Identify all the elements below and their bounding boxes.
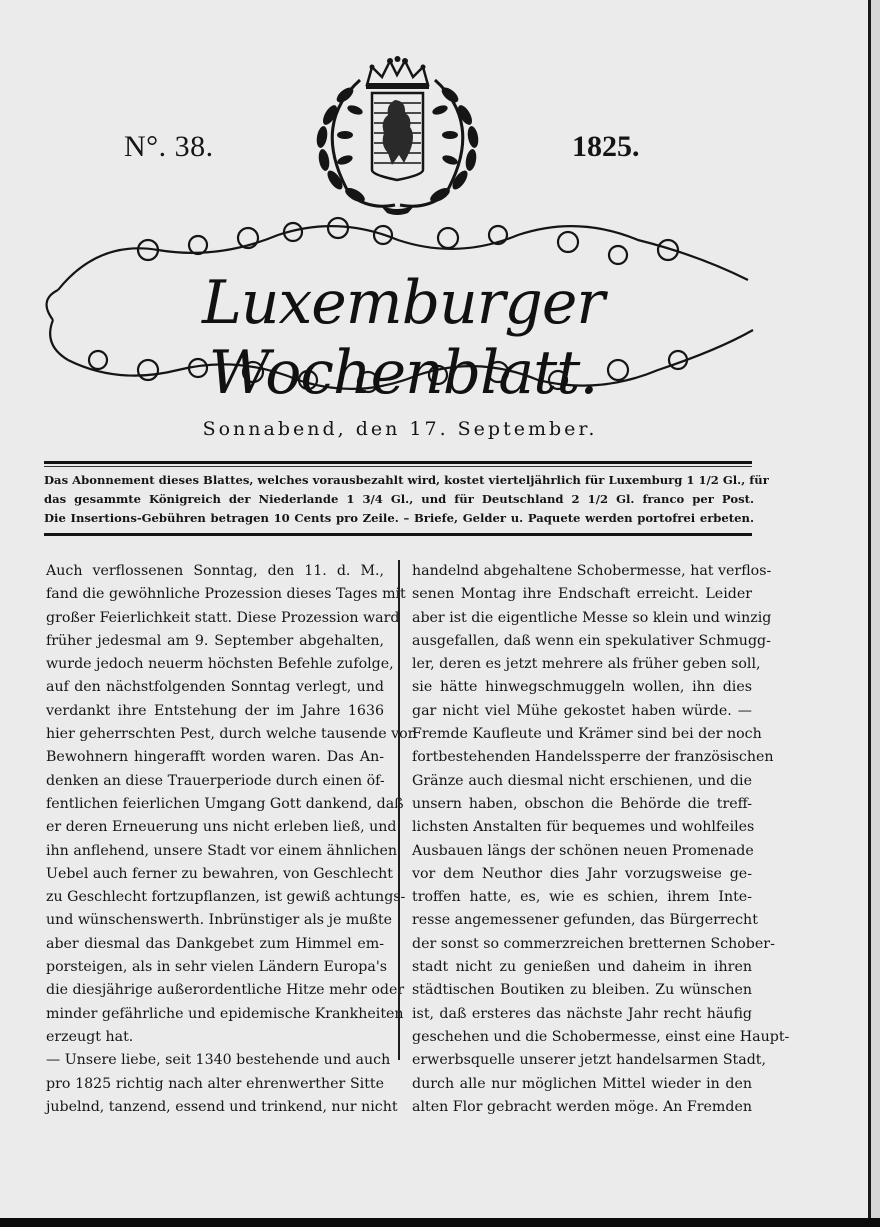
text-line: aber ist die eigentliche Messe so klein … — [412, 607, 752, 630]
text-line: pro 1825 richtig nach alter ehrenwerther… — [46, 1073, 384, 1096]
text-line: senen Montag ihre Endschaft erreicht. Le… — [412, 583, 752, 606]
text-line: ausgefallen, daß wenn ein spekulativer S… — [412, 630, 752, 653]
text-line: aber diesmal das Dankgebet zum Himmel em… — [46, 933, 384, 956]
text-line: zu Geschlecht fortzupflanzen, ist gewiß … — [46, 886, 384, 909]
divider-rule — [44, 466, 752, 467]
text-line: wurde jedoch neuerm höchsten Befehle zuf… — [46, 653, 384, 676]
text-line: erzeugt hat. — [46, 1026, 384, 1049]
article-column-left: Auch verflossenen Sonntag, den 11. d. M.… — [46, 560, 384, 1119]
text-line: Ausbauen längs der schönen neuen Promena… — [412, 840, 752, 863]
text-line: ler, deren es jetzt mehrere als früher g… — [412, 653, 752, 676]
text-line: alten Flor gebracht werden möge. An Frem… — [412, 1096, 752, 1119]
text-line: der sonst so commerzreichen bretternen S… — [412, 933, 752, 956]
text-line: verdankt ihre Entstehung der im Jahre 16… — [46, 700, 384, 723]
text-line: fentlichen feierlichen Umgang Gott danke… — [46, 793, 384, 816]
column-divider — [398, 560, 400, 1060]
text-line: Gränze auch diesmal nicht erschienen, un… — [412, 770, 752, 793]
text-line: Auch verflossenen Sonntag, den 11. d. M.… — [46, 560, 384, 583]
text-line: die diesjährige außerordentliche Hitze m… — [46, 979, 384, 1002]
text-line: Fremde Kaufleute und Krämer sind bei der… — [412, 723, 752, 746]
text-line: gar nicht viel Mühe gekostet haben würde… — [412, 700, 752, 723]
coat-of-arms-icon — [300, 55, 495, 215]
text-line: fortbestehenden Handelssperre der franzö… — [412, 746, 752, 769]
divider-rule — [44, 533, 752, 536]
text-line: denken an diese Trauerperiode durch eine… — [46, 770, 384, 793]
text-line: Bewohnern hingerafft worden waren. Das A… — [46, 746, 384, 769]
text-line: troffen hatte, es, wie es schien, ihrem … — [412, 886, 752, 909]
text-line: sie hätte hinwegschmuggeln wollen, ihn d… — [412, 676, 752, 699]
text-line: minder gefährliche und epidemische Krank… — [46, 1003, 384, 1026]
text-line: städtischen Boutiken zu bleiben. Zu wüns… — [412, 979, 752, 1002]
issue-year: 1825. — [572, 130, 640, 164]
text-line: ihn anflehend, unsere Stadt vor einem äh… — [46, 840, 384, 863]
text-line: handelnd abgehaltene Schobermesse, hat v… — [412, 560, 752, 583]
text-line: resse angemessener gefunden, das Bürgerr… — [412, 909, 752, 932]
scan-edge — [871, 0, 880, 1218]
newspaper-title: Luxemburger Wochenblatt. — [38, 268, 768, 408]
divider-rule — [44, 461, 752, 464]
text-line: er deren Erneuerung uns nicht erleben li… — [46, 816, 384, 839]
notice-line: das gesammte Königreich der Niederlande … — [44, 490, 754, 509]
text-line: früher jedesmal am 9. September abgehalt… — [46, 630, 384, 653]
text-line: vor dem Neuthor dies Jahr vorzugsweise g… — [412, 863, 752, 886]
text-line: erwerbsquelle unserer jetzt handelsarmen… — [412, 1049, 752, 1072]
text-line: lichsten Anstalten für bequemes und wohl… — [412, 816, 752, 839]
text-line: porsteigen, als in sehr vielen Ländern E… — [46, 956, 384, 979]
notice-line: Die Insertions-Gebühren betragen 10 Cent… — [44, 509, 754, 528]
text-line: hier geherrschten Pest, durch welche tau… — [46, 723, 384, 746]
text-line: unsern haben, obschon die Behörde die tr… — [412, 793, 752, 816]
text-line: jubelnd, tanzend, essend und trinkend, n… — [46, 1096, 384, 1119]
text-line: ist, daß ersteres das nächste Jahr recht… — [412, 1003, 752, 1026]
issue-date: Sonnabend, den 17. September. — [0, 418, 800, 440]
text-line: durch alle nur möglichen Mittel wieder i… — [412, 1073, 752, 1096]
text-line: fand die gewöhnliche Prozession dieses T… — [46, 583, 384, 606]
text-line: auf den nächstfolgenden Sonntag verlegt,… — [46, 676, 384, 699]
notice-line: Das Abonnement dieses Blattes, welches v… — [44, 471, 754, 490]
text-line: Uebel auch ferner zu bewahren, von Gesch… — [46, 863, 384, 886]
article-column-right: handelnd abgehaltene Schobermesse, hat v… — [412, 560, 752, 1119]
issue-number: N°. 38. — [124, 130, 214, 164]
text-line: und wünschenswerth. Inbrünstiger als je … — [46, 909, 384, 932]
scan-edge — [0, 1218, 880, 1227]
text-line: stadt nicht zu genießen und daheim in ih… — [412, 956, 752, 979]
text-line: geschehen und die Schobermesse, einst ei… — [412, 1026, 752, 1049]
text-line: großer Feierlichkeit statt. Diese Prozes… — [46, 607, 384, 630]
masthead-title-block: Luxemburger Wochenblatt. — [38, 210, 768, 400]
newspaper-page: N°. 38. — [0, 0, 871, 1218]
text-line: — Unsere liebe, seit 1340 bestehende und… — [46, 1049, 384, 1072]
subscription-notice: Das Abonnement dieses Blattes, welches v… — [44, 471, 754, 528]
